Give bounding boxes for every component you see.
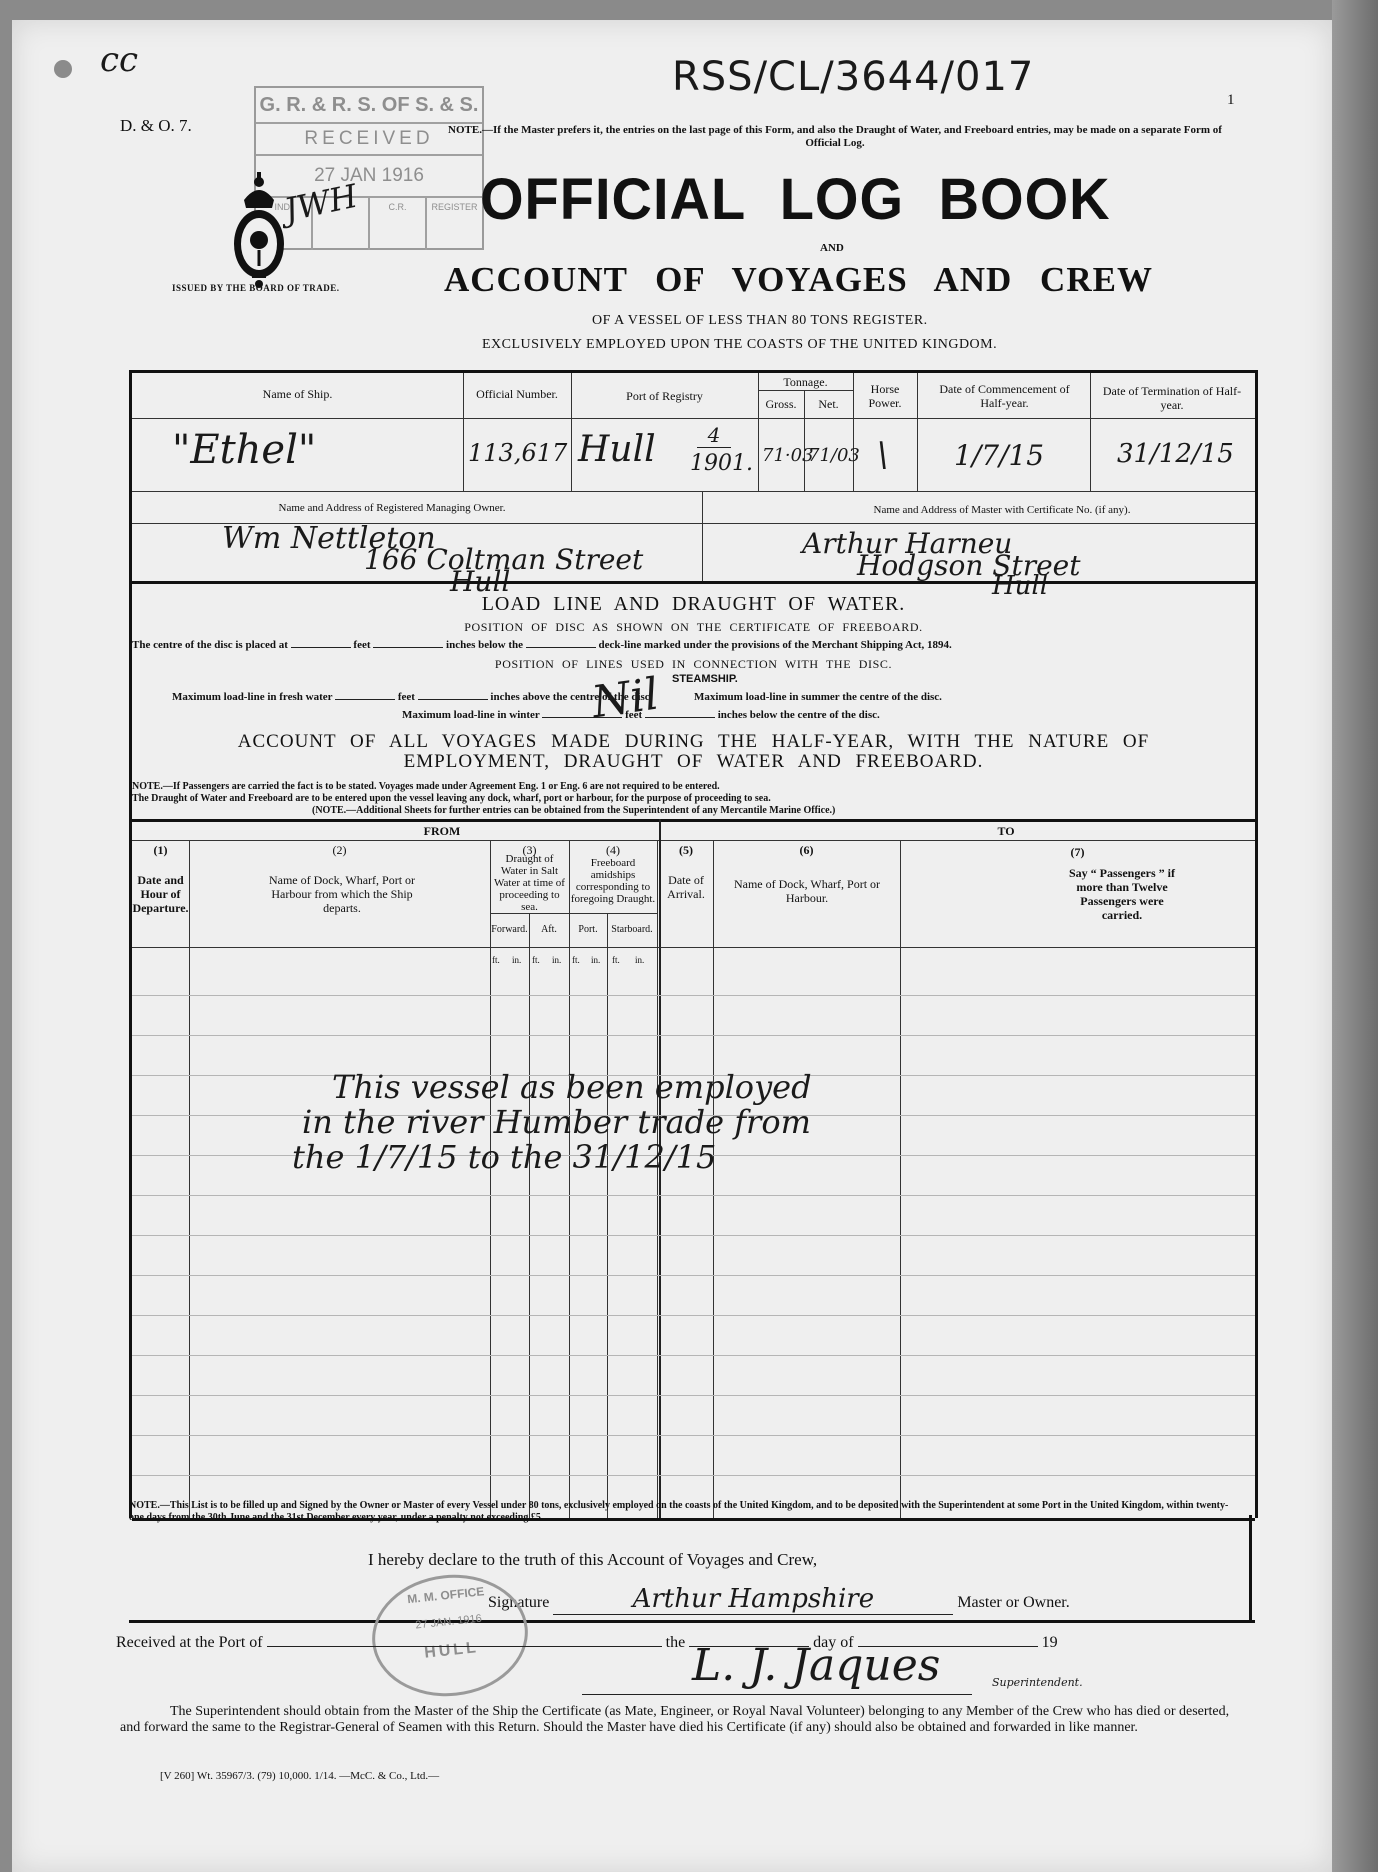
header-commencement: Date of Commencement of Half-year.	[927, 382, 1082, 410]
declaration: I hereby declare to the truth of this Ac…	[368, 1550, 817, 1570]
header-ship-name: Name of Ship.	[132, 387, 463, 401]
port-fraction-bottom: 1901.	[690, 451, 753, 476]
stamp-cell: REGISTER	[427, 198, 482, 250]
commencement-value[interactable]: 1/7/15	[954, 439, 1044, 472]
instructions: The Superintendent should obtain from th…	[120, 1704, 1236, 1736]
page-title: OFFICIAL LOG BOOK	[480, 164, 1111, 232]
voyages-note3: (NOTE.—Additional Sheets for further ent…	[312, 805, 835, 816]
voyages-note1: NOTE.—If Passengers are carried the fact…	[132, 781, 720, 792]
footer-note: NOTE.—This List is to be filled up and S…	[129, 1500, 1239, 1524]
unit-in: in.	[591, 953, 600, 967]
fresh-feet-field[interactable]	[335, 689, 395, 700]
termination-value[interactable]: 31/12/15	[1117, 439, 1234, 469]
col5-num: (5)	[659, 843, 713, 857]
issuer-label: ISSUED BY THE BOARD OF TRADE.	[172, 283, 340, 293]
disc-deck-field[interactable]	[526, 637, 596, 648]
received-port-field[interactable]	[267, 1636, 662, 1647]
page-number: 1	[1227, 92, 1235, 109]
col1-num: (1)	[132, 843, 189, 857]
unit-in: in.	[552, 953, 561, 967]
punch-hole	[54, 60, 72, 78]
form-note: NOTE.—If the Master prefers it, the entr…	[440, 124, 1230, 150]
margin-mark: cc	[100, 40, 138, 80]
box-right-edge	[1249, 1515, 1252, 1620]
nil-mark: Nil	[589, 669, 662, 729]
col4-num: (4)	[569, 843, 657, 857]
header-termination: Date of Termination of Half-year.	[1097, 384, 1247, 412]
stamp-cell: C.R.	[370, 198, 427, 250]
unit-ft: ft.	[612, 953, 620, 967]
signature-line: Signature Arthur Hampshire Master or Own…	[488, 1584, 1070, 1615]
port-value[interactable]: Hull	[578, 429, 656, 470]
col7-num: (7)	[900, 845, 1255, 859]
header-horse-power: Horse Power.	[856, 382, 914, 410]
header-official-number: Official Number.	[463, 387, 571, 401]
voyage-entry-line2[interactable]: in the river Humber trade from	[302, 1103, 811, 1141]
box-bottom-rule	[129, 1620, 1255, 1623]
disc-heading: POSITION OF DISC AS SHOWN ON THE CERTIFI…	[132, 620, 1255, 635]
load-line-title: LOAD LINE AND DRAUGHT OF WATER.	[132, 593, 1255, 616]
col5-label: Date of Arrival.	[659, 873, 713, 901]
header-net: Net.	[804, 397, 853, 411]
log-form: Name of Ship. Official Number. Port of R…	[129, 370, 1258, 1518]
disc-inches-field[interactable]	[373, 637, 443, 648]
owner-label: Name and Address of Registered Managing …	[192, 501, 592, 515]
page-subtitle: ACCOUNT OF VOYAGES AND CREW	[444, 260, 1153, 300]
superintendent-rule	[582, 1694, 972, 1695]
voyages-title-line2: EMPLOYMENT, DRAUGHT OF WATER AND FREEBOA…	[132, 751, 1255, 773]
gross-value[interactable]: 71·03	[762, 445, 814, 466]
title-and: AND	[820, 242, 844, 254]
page-edge-shadow	[1332, 0, 1378, 1872]
printer-imprint: [V 260] Wt. 35967/3. (79) 10,000. 1/14. …	[160, 1770, 439, 1782]
voyage-entry-line3[interactable]: the 1/7/15 to the 31/12/15	[292, 1138, 716, 1176]
royal-crest-icon	[228, 160, 290, 290]
unit-ft: ft.	[532, 953, 540, 967]
horse-power-value[interactable]: \	[877, 435, 888, 475]
steamship-label: STEAMSHIP.	[672, 673, 738, 685]
unit-ft: ft.	[572, 953, 580, 967]
unit-in: in.	[512, 953, 521, 967]
col6-num: (6)	[713, 843, 900, 857]
unit-in: in.	[635, 953, 644, 967]
superintendent-signature: L. J. Jaques	[692, 1640, 940, 1691]
header-port: Port of Registry	[571, 389, 758, 403]
fresh-inches-field[interactable]	[418, 689, 488, 700]
header-gross: Gross.	[758, 397, 804, 411]
lines-heading: POSITION OF LINES USED IN CONNECTION WIT…	[132, 657, 1255, 672]
subtitle-line2: EXCLUSIVELY EMPLOYED UPON THE COASTS OF …	[482, 337, 997, 353]
ship-name-value[interactable]: "Ethel"	[172, 427, 316, 473]
disc-feet-field[interactable]	[291, 637, 351, 648]
subtitle-line1: OF A VESSEL OF LESS THAN 80 TONS REGISTE…	[592, 313, 928, 329]
sub-port: Port.	[569, 923, 607, 937]
superintendent-label: Superintendent.	[992, 1676, 1083, 1689]
voyage-entry-line1[interactable]: This vessel as been employed	[332, 1068, 812, 1106]
voyages-title-line1: ACCOUNT OF ALL VOYAGES MADE DURING THE H…	[132, 731, 1255, 753]
header-tonnage: Tonnage.	[758, 375, 853, 389]
col1-label: Date and Hour of Departure.	[132, 873, 189, 915]
port-fraction-top: 4	[697, 423, 731, 448]
col7-label: Say “ Passengers ” if more than Twelve P…	[1062, 866, 1182, 922]
col2-num: (2)	[189, 843, 490, 857]
signature-value[interactable]: Arthur Hampshire	[553, 1584, 953, 1615]
document-page: cc RSS/CL/3644/017 1 D. & O. 7. G. R. & …	[12, 20, 1332, 1872]
form-code: D. & O. 7.	[120, 116, 192, 136]
net-value[interactable]: 71/03	[808, 445, 860, 466]
sub-aft: Aft.	[529, 923, 569, 937]
sub-forward: Forward.	[490, 923, 529, 937]
voyages-note2: The Draught of Water and Freeboard are t…	[132, 793, 771, 804]
unit-ft: ft.	[492, 953, 500, 967]
archive-reference: RSS/CL/3644/017	[672, 54, 1034, 100]
col6-label: Name of Dock, Wharf, Port or Harbour.	[732, 877, 882, 905]
fresh-water-line: Maximum load-line in fresh water feet in…	[172, 689, 942, 703]
master-label: Name and Address of Master with Certific…	[792, 503, 1212, 517]
stamp-line1: G. R. & R. S. OF S. & S.	[256, 88, 482, 124]
official-number-value[interactable]: 113,617	[468, 439, 567, 467]
disc-line: The centre of the disc is placed at feet…	[132, 637, 952, 651]
col4-label: Freeboard amidships corresponding to for…	[570, 857, 656, 905]
sub-starboard: Starboard.	[607, 923, 657, 937]
col3-label: Draught of Water in Salt Water at time o…	[492, 853, 567, 913]
col2-label: Name of Dock, Wharf, Port or Harbour fro…	[252, 873, 432, 915]
to-label: TO	[757, 824, 1255, 838]
